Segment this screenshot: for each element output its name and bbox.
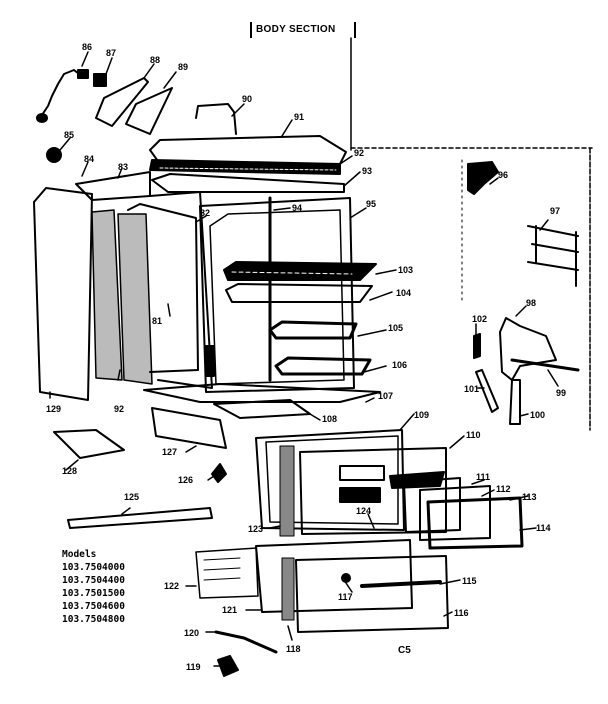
callout-101: 101 bbox=[464, 384, 479, 394]
part-rack-97 bbox=[528, 226, 578, 286]
callout-83: 83 bbox=[118, 162, 128, 172]
part-bar-125 bbox=[68, 508, 212, 528]
callout-97: 97 bbox=[550, 206, 560, 216]
callout-96: 96 bbox=[498, 170, 508, 180]
callout-81: 81 bbox=[152, 316, 162, 326]
callout-110: 110 bbox=[466, 430, 481, 440]
callout-84: 84 bbox=[84, 154, 94, 164]
part-tray-106 bbox=[276, 358, 370, 374]
callout-87: 87 bbox=[106, 48, 116, 58]
model-number: 103.7501500 bbox=[62, 587, 125, 600]
callout-118: 118 bbox=[286, 644, 301, 654]
callout-95: 95 bbox=[366, 199, 376, 209]
callout-92-side: 92 bbox=[114, 404, 124, 414]
part-knob-126 bbox=[212, 464, 226, 482]
part-side-panel bbox=[34, 188, 92, 400]
part-power-cord bbox=[37, 70, 88, 122]
part-clip-119 bbox=[218, 656, 238, 676]
callout-102: 102 bbox=[472, 314, 487, 324]
callout-111: 111 bbox=[476, 472, 490, 482]
models-list: Models 103.7504000 103.7504400 103.75015… bbox=[62, 548, 125, 626]
part-oven-door bbox=[256, 430, 522, 548]
callout-107: 107 bbox=[378, 391, 393, 401]
part-link-101 bbox=[476, 370, 498, 412]
callout-103: 103 bbox=[398, 265, 413, 275]
callout-116: 116 bbox=[454, 608, 469, 618]
model-number: 103.7504400 bbox=[62, 574, 125, 587]
callout-122: 122 bbox=[164, 581, 179, 591]
models-heading: Models bbox=[62, 548, 125, 561]
part-drawer bbox=[196, 540, 448, 632]
callout-128: 128 bbox=[62, 466, 77, 476]
part-knob bbox=[47, 148, 61, 162]
callout-89: 89 bbox=[178, 62, 188, 72]
callout-99: 99 bbox=[556, 388, 566, 398]
callout-108: 108 bbox=[322, 414, 337, 424]
part-insulation-92 bbox=[92, 210, 122, 380]
callout-120: 120 bbox=[184, 628, 199, 638]
callout-127: 127 bbox=[162, 447, 177, 457]
callout-100: 100 bbox=[530, 410, 545, 420]
part-plate-93 bbox=[152, 174, 344, 192]
callout-105: 105 bbox=[388, 323, 403, 333]
part-plate-128 bbox=[54, 430, 124, 458]
part-rack-103 bbox=[224, 262, 376, 280]
part-housing-127 bbox=[152, 408, 226, 448]
model-number: 103.7504600 bbox=[62, 600, 125, 613]
callout-94: 94 bbox=[292, 203, 302, 213]
part-connector bbox=[94, 74, 106, 86]
callout-124: 124 bbox=[356, 506, 371, 516]
callout-113: 113 bbox=[522, 492, 537, 502]
model-number: 103.7504000 bbox=[62, 561, 125, 574]
callout-88: 88 bbox=[150, 55, 160, 65]
callout-90: 90 bbox=[242, 94, 252, 104]
callout-82: 82 bbox=[200, 208, 210, 218]
model-number: 103.7504800 bbox=[62, 613, 125, 626]
callout-85: 85 bbox=[64, 130, 74, 140]
callout-114: 114 bbox=[536, 523, 551, 533]
part-cooktop bbox=[150, 136, 346, 174]
callout-119: 119 bbox=[186, 662, 201, 672]
callout-115: 115 bbox=[462, 576, 477, 586]
callout-86: 86 bbox=[82, 42, 92, 52]
part-rod-120 bbox=[216, 632, 276, 652]
callout-106: 106 bbox=[392, 360, 407, 370]
diagram-code: C5 bbox=[398, 645, 411, 656]
part-spring-102 bbox=[474, 334, 480, 358]
part-hinge-98 bbox=[500, 318, 578, 380]
callout-126: 126 bbox=[178, 475, 193, 485]
callout-109: 109 bbox=[414, 410, 429, 420]
part-clip-96 bbox=[468, 162, 498, 194]
callout-98: 98 bbox=[526, 298, 536, 308]
callout-104: 104 bbox=[396, 288, 411, 298]
part-broiler-pan-104 bbox=[226, 284, 372, 302]
part-bracket-90 bbox=[196, 104, 236, 134]
part-insulation-81 bbox=[118, 214, 152, 384]
part-bottom-107 bbox=[144, 384, 380, 402]
callout-117: 117 bbox=[338, 592, 353, 602]
callout-91: 91 bbox=[294, 112, 304, 122]
callout-121: 121 bbox=[222, 605, 237, 615]
callout-92-top: 92 bbox=[354, 148, 364, 158]
callout-129: 129 bbox=[46, 404, 61, 414]
part-hinge-100 bbox=[510, 380, 520, 424]
callout-112: 112 bbox=[496, 484, 511, 494]
callout-125: 125 bbox=[124, 492, 139, 502]
callout-93: 93 bbox=[362, 166, 372, 176]
callout-123: 123 bbox=[248, 524, 263, 534]
part-frame-89 bbox=[126, 88, 172, 134]
